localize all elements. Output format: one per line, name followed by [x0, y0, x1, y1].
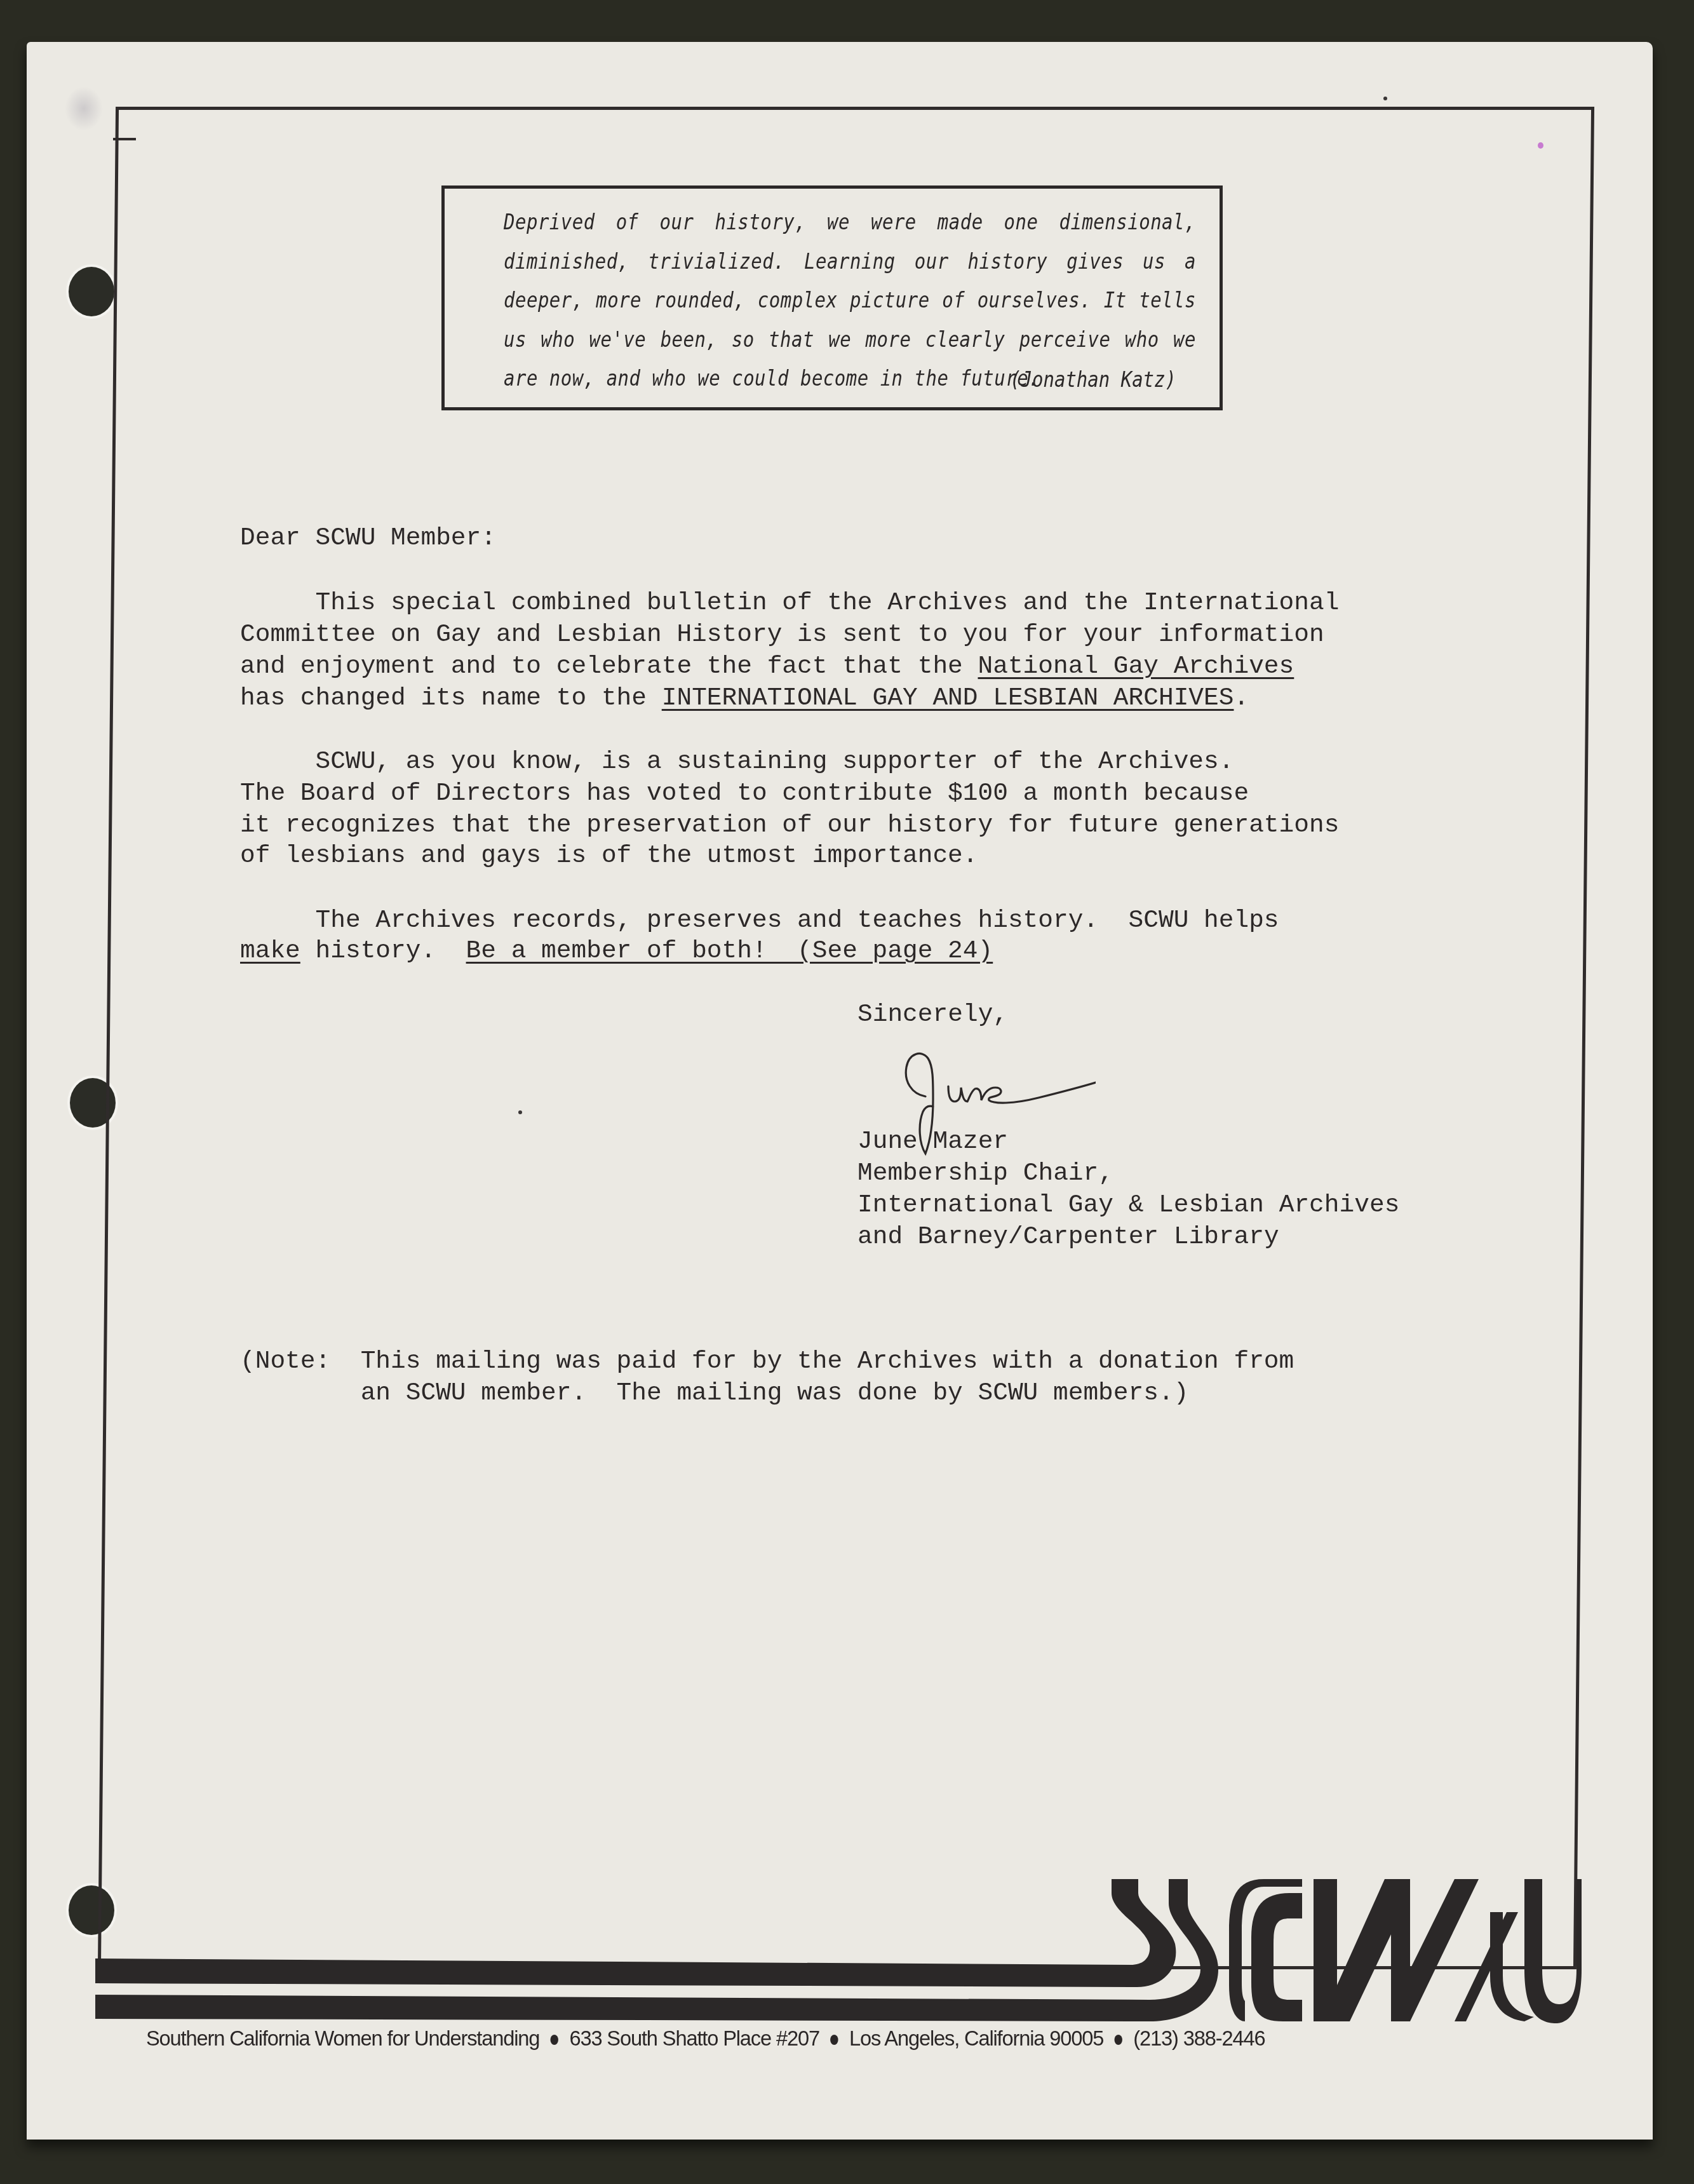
phone-number: (213) 388-2446	[1133, 2026, 1265, 2051]
underlined-text: make	[240, 936, 300, 965]
closing: Sincerely,	[857, 999, 1008, 1030]
text-line: make history. Be a member of both! (See …	[240, 935, 993, 967]
bullet-separator	[551, 2035, 558, 2045]
epigraph-box: Deprived of our history, we were made on…	[441, 185, 1223, 410]
bullet-separator	[830, 2035, 838, 2045]
text-line: an SCWU member. The mailing was done by …	[240, 1377, 1188, 1409]
scwu-logo: SCWU	[95, 1874, 1582, 2026]
text-line: The Archives records, preserves and teac…	[240, 905, 1279, 936]
text-segment: and enjoyment and to celebrate the fact …	[240, 652, 978, 680]
ink-speck	[518, 1110, 522, 1114]
text-line: it recognizes that the preservation of o…	[240, 809, 1339, 841]
paper-smudge	[65, 86, 103, 131]
text-segment: has changed its name to the	[240, 684, 662, 712]
bullet-separator	[1115, 2035, 1122, 2045]
punch-hole-top	[69, 267, 114, 316]
organization-name: Southern California Women for Understand…	[146, 2026, 539, 2051]
text-line: of lesbians and gays is of the utmost im…	[240, 840, 978, 872]
registration-mark	[113, 138, 136, 140]
salutation: Dear SCWU Member:	[240, 522, 496, 554]
underlined-text: National Gay Archives	[978, 652, 1294, 680]
text-segment: history.	[300, 936, 466, 965]
text-line: This special combined bulletin of the Ar…	[240, 587, 1339, 619]
text-line: (Note: This mailing was paid for by the …	[240, 1345, 1294, 1377]
underlined-text: INTERNATIONAL GAY AND LESBIAN ARCHIVES	[662, 684, 1234, 712]
text-line: has changed its name to the INTERNATIONA…	[240, 682, 1249, 714]
text-line: Committee on Gay and Lesbian History is …	[240, 619, 1324, 650]
ink-spot	[1538, 142, 1543, 149]
epigraph-attribution: (Jonathan Katz)	[1010, 367, 1176, 392]
city-state-zip: Los Angeles, California 90005	[849, 2026, 1103, 2051]
text-line: and enjoyment and to celebrate the fact …	[240, 650, 1294, 682]
letterhead-footer: Southern California Women for Understand…	[146, 2026, 1265, 2051]
signer-name: June Mazer	[857, 1126, 1008, 1157]
text-line: The Board of Directors has voted to cont…	[240, 778, 1249, 809]
text-segment: .	[1234, 684, 1249, 712]
underlined-text: Be a member of both! (See page 24)	[466, 936, 993, 965]
text-line: SCWU, as you know, is a sustaining suppo…	[240, 746, 1234, 778]
street-address: 633 South Shatto Place #207	[569, 2026, 819, 2051]
signer-organization: International Gay & Lesbian Archives	[857, 1189, 1399, 1221]
signer-title: Membership Chair,	[857, 1157, 1113, 1189]
ink-speck	[1383, 97, 1387, 100]
signer-organization: and Barney/Carpenter Library	[857, 1221, 1279, 1253]
